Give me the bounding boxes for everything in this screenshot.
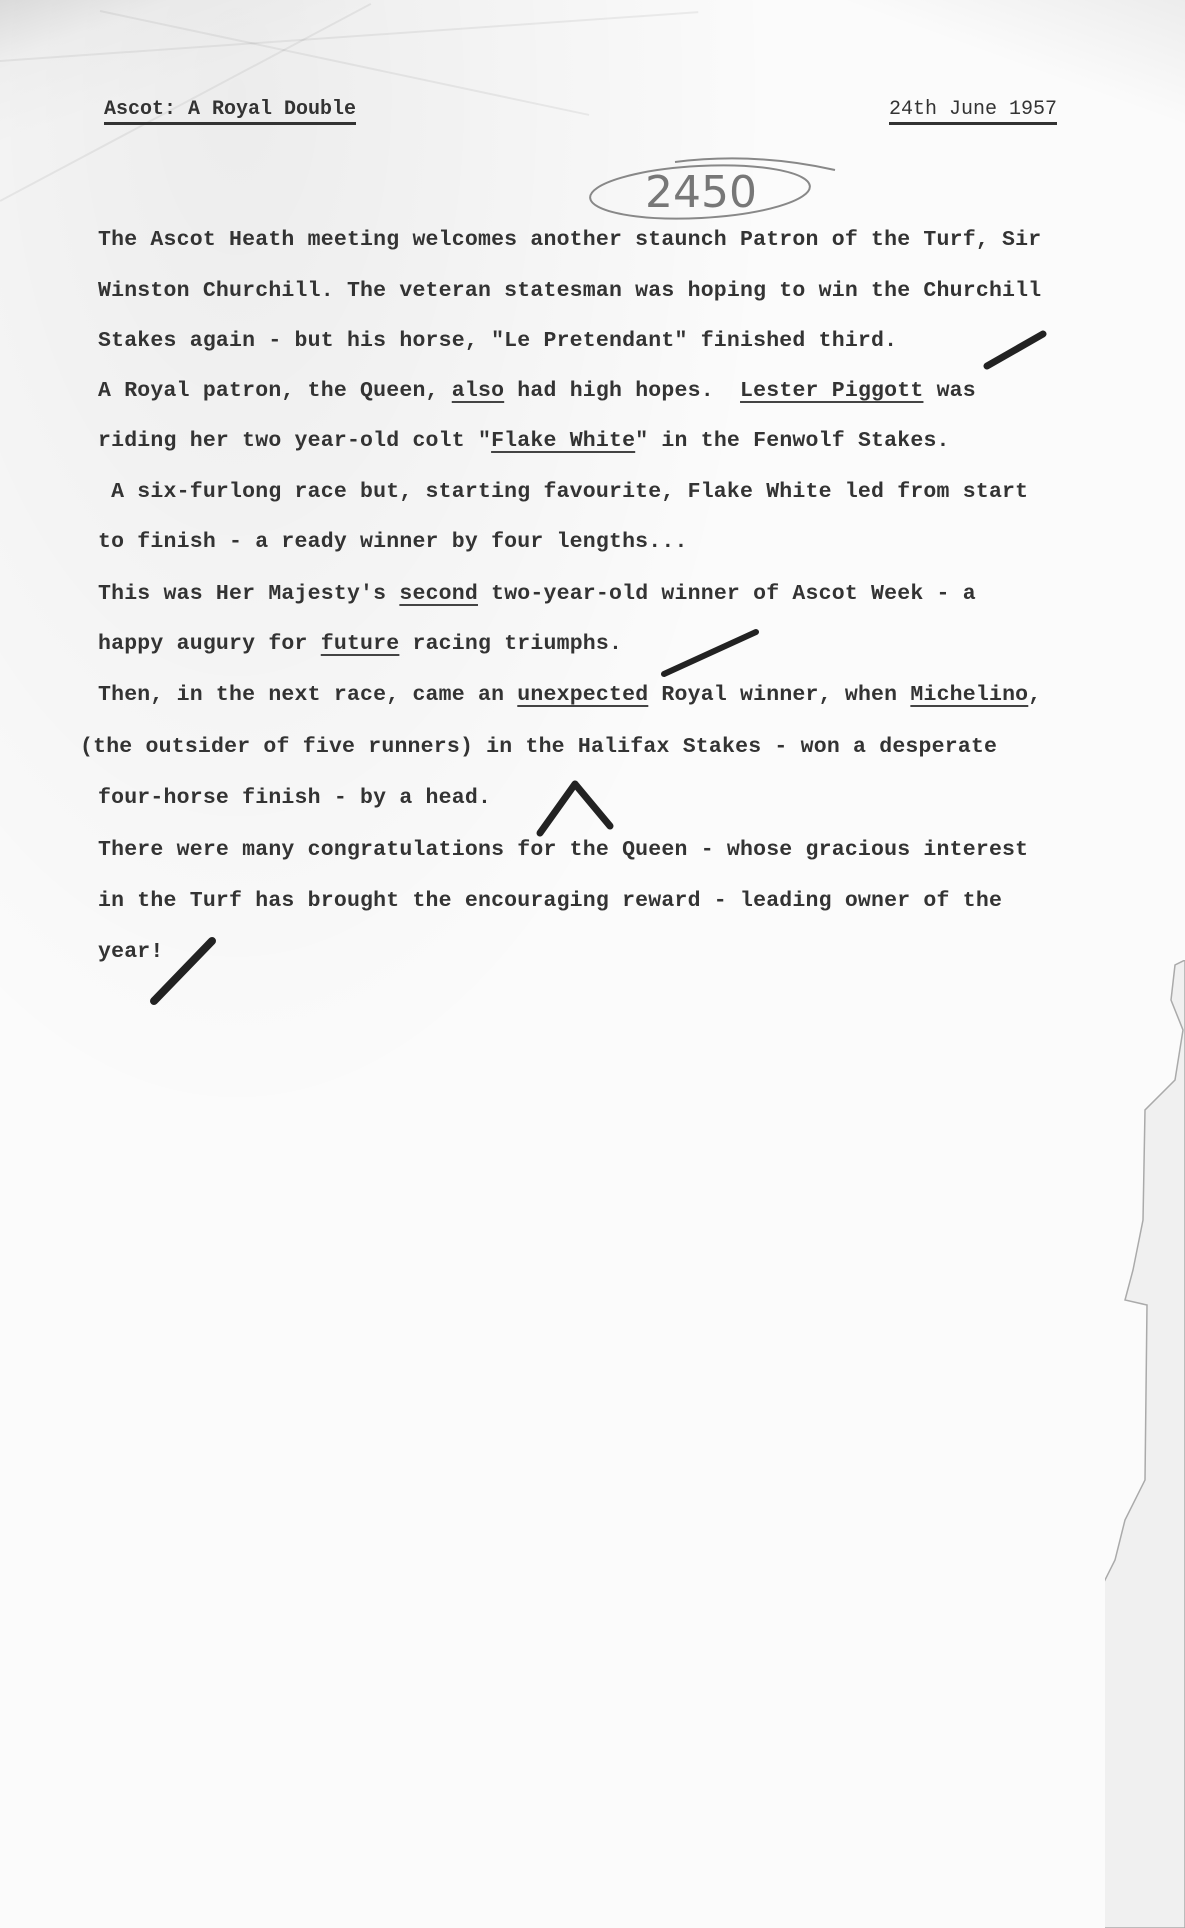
tick-mark-icon	[660, 628, 760, 683]
underlined-phrase: Flake White	[491, 429, 635, 453]
body-text-line: (the outsider of five runners) in the Ha…	[80, 735, 997, 759]
body-text-line: Stakes again - but his horse, "Le Preten…	[98, 329, 897, 353]
underlined-phrase: also	[452, 379, 504, 403]
body-text-line: riding her two year-old colt "Flake Whit…	[98, 429, 950, 453]
paper-crease	[0, 11, 698, 62]
caret-mark-icon	[530, 778, 620, 843]
body-text-line: Winston Churchill. The veteran statesman…	[98, 279, 1041, 303]
body-text-line: Then, in the next race, came an unexpect…	[98, 683, 1041, 707]
body-text-line: in the Turf has brought the encouraging …	[98, 889, 1002, 913]
document-date: 24th June 1957	[889, 98, 1057, 125]
body-text-line: happy augury for future racing triumphs.	[98, 632, 622, 656]
svg-text:2450: 2450	[645, 167, 757, 218]
body-text-line: This was Her Majesty's second two-year-o…	[98, 582, 976, 606]
handwritten-reference-number: 2450	[585, 152, 855, 222]
underlined-phrase: Lester Piggott	[740, 379, 923, 403]
underlined-phrase: Michelino	[910, 683, 1028, 707]
tick-mark-icon	[150, 935, 220, 1010]
document-title: Ascot: A Royal Double	[104, 98, 356, 125]
tick-mark-icon	[985, 330, 1045, 375]
body-text-line: to finish - a ready winner by four lengt…	[98, 530, 688, 554]
document-page: Ascot: A Royal Double 24th June 1957 245…	[0, 0, 1185, 1928]
body-text-line: A six-furlong race but, starting favouri…	[98, 480, 1028, 504]
body-text-line: four-horse finish - by a head.	[98, 786, 491, 810]
underlined-phrase: future	[321, 632, 400, 656]
underlined-phrase: second	[399, 582, 478, 606]
torn-paper-edge	[1105, 960, 1185, 1928]
body-text-line: A Royal patron, the Queen, also had high…	[98, 379, 976, 403]
body-text-line: The Ascot Heath meeting welcomes another…	[98, 228, 1041, 252]
underlined-phrase: unexpected	[517, 683, 648, 707]
circled-number-icon: 2450	[585, 152, 855, 222]
